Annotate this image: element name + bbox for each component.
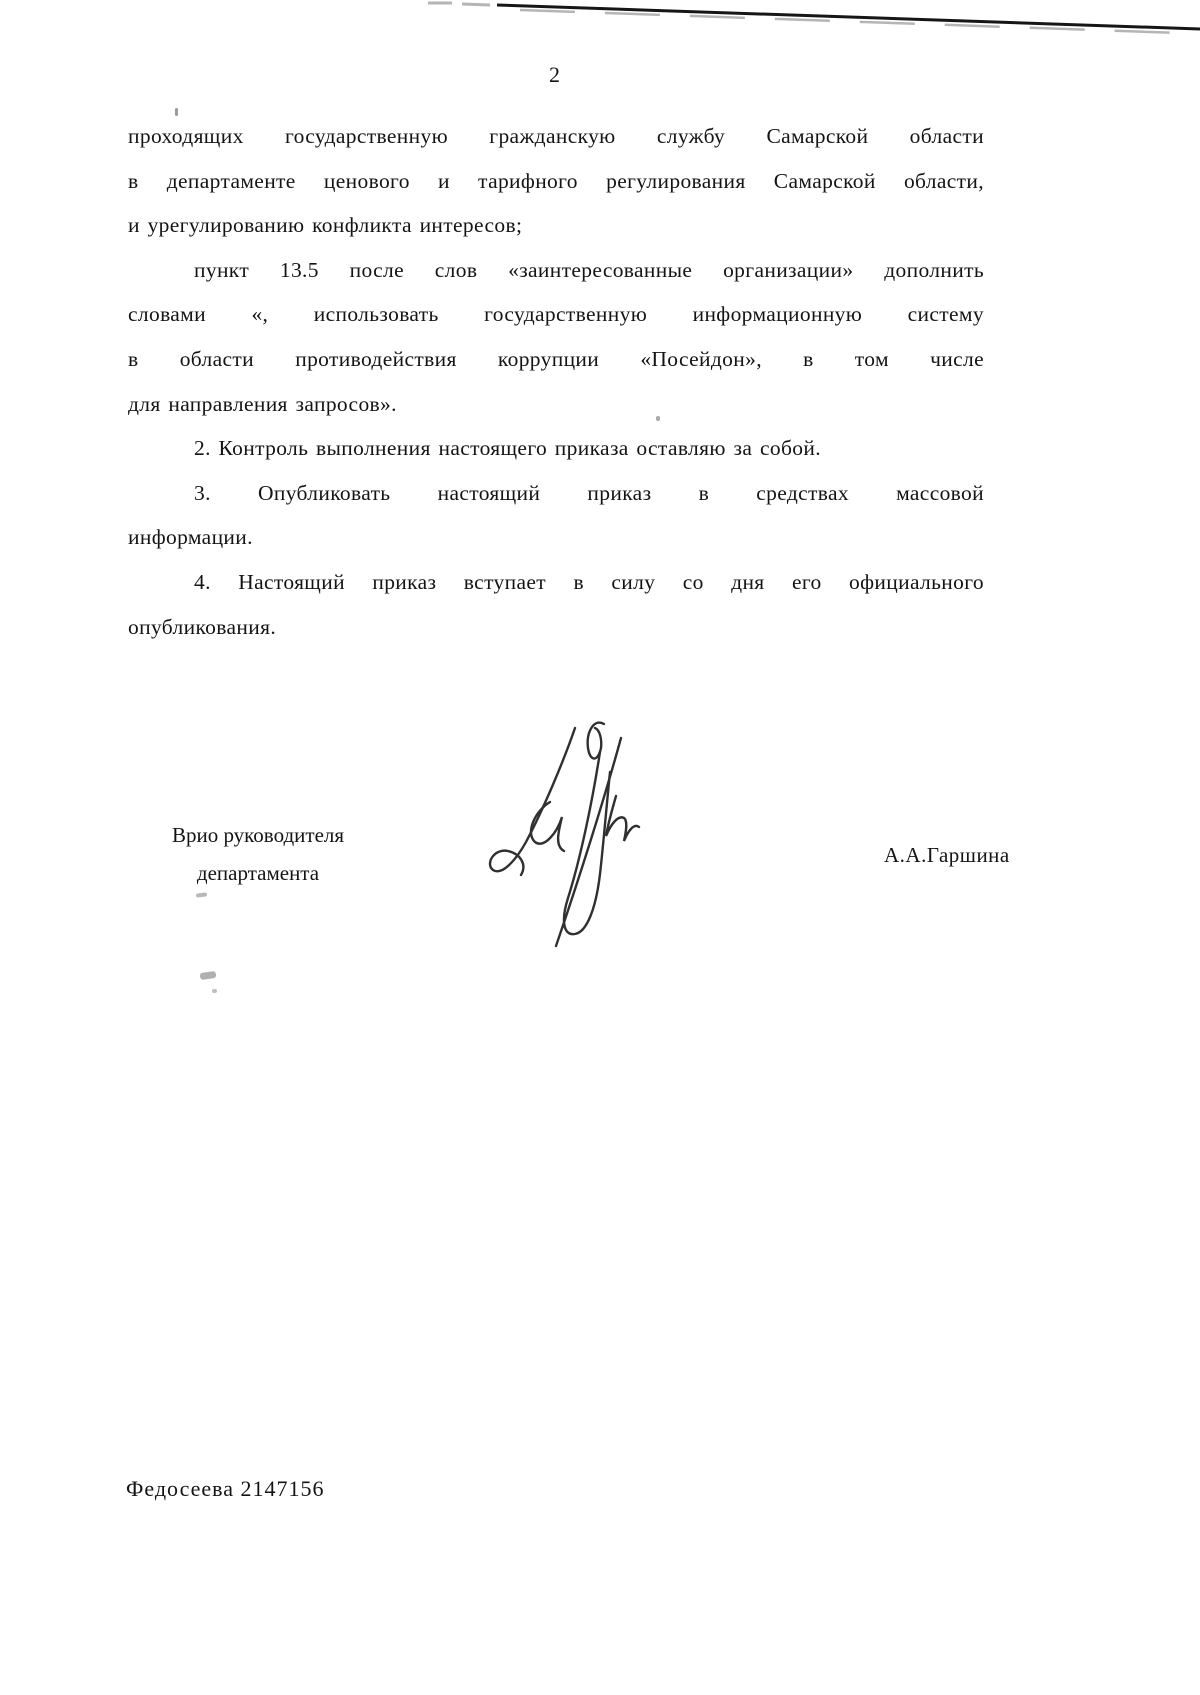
paragraph-1: проходящих государственную гражданскую с…	[128, 114, 984, 248]
text-line: в департаменте ценового и тарифного регу…	[128, 159, 984, 204]
text-line: 2. Контроль выполнения настоящего приказ…	[128, 426, 984, 471]
scan-speck	[196, 892, 207, 897]
paragraph-3: 2. Контроль выполнения настоящего приказ…	[128, 426, 984, 471]
paragraph-2: пункт 13.5 после слов «заинтересованные …	[128, 248, 984, 426]
text-line: 4. Настоящий приказ вступает в силу со д…	[128, 560, 984, 605]
paragraph-4: 3. Опубликовать настоящий приказ в средс…	[128, 471, 984, 560]
signatory-role: Врио руководителя департамента	[140, 816, 376, 892]
text-line: 3. Опубликовать настоящий приказ в средс…	[128, 471, 984, 516]
scan-artifact-line	[0, 0, 1200, 44]
text-line: и урегулированию конфликта интересов;	[128, 203, 984, 248]
text-line: опубликования.	[128, 605, 984, 650]
executor-note: Федосеева 2147156	[126, 1476, 325, 1502]
page-number: 2	[505, 62, 605, 88]
signatory-role-line2: департамента	[197, 861, 319, 885]
text-line: для направления запросов».	[128, 382, 984, 427]
scan-speck	[200, 971, 217, 980]
text-line: словами «, использовать государственную …	[128, 292, 984, 337]
scanned-document-page: 2 проходящих государственную гражданскую…	[0, 0, 1200, 1695]
paragraph-5: 4. Настоящий приказ вступает в силу со д…	[128, 560, 984, 649]
document-body: проходящих государственную гражданскую с…	[128, 114, 984, 649]
signatory-role-line1: Врио руководителя	[172, 823, 344, 847]
text-line: в области противодействия коррупции «Пос…	[128, 337, 984, 382]
text-line: пункт 13.5 после слов «заинтересованные …	[128, 248, 984, 293]
handwritten-signature	[478, 712, 643, 952]
text-line: информации.	[128, 515, 984, 560]
text-line: проходящих государственную гражданскую с…	[128, 114, 984, 159]
scan-speck	[212, 989, 217, 993]
signatory-name: А.А.Гаршина	[884, 843, 1010, 868]
